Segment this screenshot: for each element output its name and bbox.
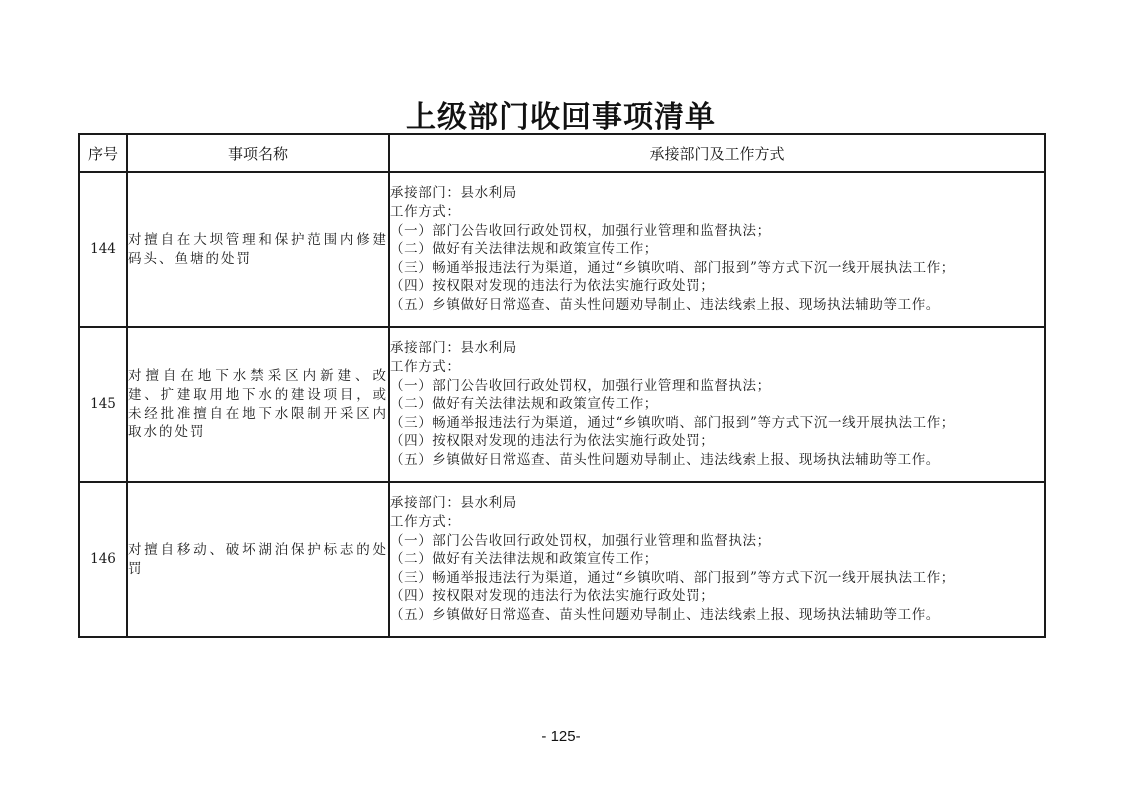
mode-item-2: （二）做好有关法律法规和政策宣传工作； bbox=[390, 240, 1044, 259]
table-row: 146 对擅自移动、破坏湖泊保护标志的处罚 承接部门：县水利局 工作方式： （一… bbox=[79, 482, 1045, 637]
table-row: 144 对擅自在大坝管理和保护范围内修建码头、鱼塘的处罚 承接部门：县水利局 工… bbox=[79, 172, 1045, 327]
mode-item-4: （四）按权限对发现的违法行为依法实施行政处罚； bbox=[390, 432, 1044, 451]
mode-item-4: （四）按权限对发现的违法行为依法实施行政处罚； bbox=[390, 277, 1044, 296]
row-number: 144 bbox=[79, 172, 127, 327]
mode-item-4: （四）按权限对发现的违法行为依法实施行政处罚； bbox=[390, 587, 1044, 606]
department-and-mode: 承接部门：县水利局 工作方式： （一）部门公告收回行政处罚权，加强行业管理和监督… bbox=[389, 482, 1045, 637]
mode-item-3: （三）畅通举报违法行为渠道，通过“乡镇吹哨、部门报到”等方式下沉一线开展执法工作… bbox=[390, 259, 1044, 278]
item-name: 对擅自在地下水禁采区内新建、改建、扩建取用地下水的建设项目，或未经批准擅自在地下… bbox=[127, 327, 389, 482]
department-line: 承接部门：县水利局 bbox=[390, 494, 1044, 513]
mode-item-5: （五）乡镇做好日常巡查、苗头性问题劝导制止、违法线索上报、现场执法辅助等工作。 bbox=[390, 606, 1044, 625]
table-row: 145 对擅自在地下水禁采区内新建、改建、扩建取用地下水的建设项目，或未经批准擅… bbox=[79, 327, 1045, 482]
mode-item-5: （五）乡镇做好日常巡查、苗头性问题劝导制止、违法线索上报、现场执法辅助等工作。 bbox=[390, 451, 1044, 470]
item-name: 对擅自在大坝管理和保护范围内修建码头、鱼塘的处罚 bbox=[127, 172, 389, 327]
mode-item-1: （一）部门公告收回行政处罚权，加强行业管理和监督执法； bbox=[390, 222, 1044, 241]
mode-item-5: （五）乡镇做好日常巡查、苗头性问题劝导制止、违法线索上报、现场执法辅助等工作。 bbox=[390, 296, 1044, 315]
department-and-mode: 承接部门：县水利局 工作方式： （一）部门公告收回行政处罚权，加强行业管理和监督… bbox=[389, 172, 1045, 327]
recalled-items-table: 序号 事项名称 承接部门及工作方式 144 对擅自在大坝管理和保护范围内修建码头… bbox=[78, 133, 1046, 638]
mode-item-1: （一）部门公告收回行政处罚权，加强行业管理和监督执法； bbox=[390, 532, 1044, 551]
item-name: 对擅自移动、破坏湖泊保护标志的处罚 bbox=[127, 482, 389, 637]
mode-item-2: （二）做好有关法律法规和政策宣传工作； bbox=[390, 395, 1044, 414]
mode-item-3: （三）畅通举报违法行为渠道，通过“乡镇吹哨、部门报到”等方式下沉一线开展执法工作… bbox=[390, 414, 1044, 433]
department-and-mode: 承接部门：县水利局 工作方式： （一）部门公告收回行政处罚权，加强行业管理和监督… bbox=[389, 327, 1045, 482]
mode-item-2: （二）做好有关法律法规和政策宣传工作； bbox=[390, 550, 1044, 569]
table-header-row: 序号 事项名称 承接部门及工作方式 bbox=[79, 134, 1045, 172]
mode-label: 工作方式： bbox=[390, 513, 1044, 532]
mode-item-1: （一）部门公告收回行政处罚权，加强行业管理和监督执法； bbox=[390, 377, 1044, 396]
department-line: 承接部门：县水利局 bbox=[390, 184, 1044, 203]
page-title: 上级部门收回事项清单 bbox=[0, 92, 1122, 136]
mode-label: 工作方式： bbox=[390, 203, 1044, 222]
row-number: 146 bbox=[79, 482, 127, 637]
row-number: 145 bbox=[79, 327, 127, 482]
mode-label: 工作方式： bbox=[390, 358, 1044, 377]
column-header-no: 序号 bbox=[79, 134, 127, 172]
column-header-mode: 承接部门及工作方式 bbox=[389, 134, 1045, 172]
column-header-name: 事项名称 bbox=[127, 134, 389, 172]
department-line: 承接部门：县水利局 bbox=[390, 339, 1044, 358]
mode-item-3: （三）畅通举报违法行为渠道，通过“乡镇吹哨、部门报到”等方式下沉一线开展执法工作… bbox=[390, 569, 1044, 588]
page-number: - 125- bbox=[0, 728, 1122, 745]
